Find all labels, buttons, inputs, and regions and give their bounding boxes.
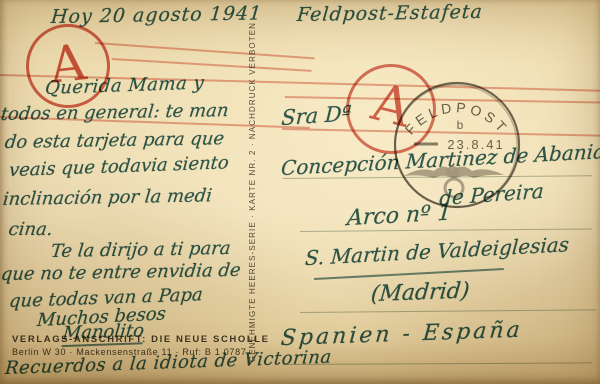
publisher-line1: VERLAGS-ANSCHRIFT: DIE NEUE SCHOLLE (12, 334, 270, 345)
address-line: S. Martin de Valdeiglesias (304, 232, 570, 270)
message-line: veais que todavia siento (8, 152, 229, 181)
postcard-scan: GENEHMIGTE HEERES-SERIE · KARTE NR. 2 · … (0, 0, 600, 384)
message-line: que no te entre envidia de (0, 260, 242, 285)
message-line: inclinación por la medi (2, 185, 213, 210)
vertical-imprint-text: GENEHMIGTE HEERES-SERIE · KARTE NR. 2 · … (248, 0, 262, 384)
message-line: do esta tarjeta para que (4, 128, 225, 153)
address-underline (314, 268, 504, 280)
address-line: Sra Dª (281, 101, 353, 130)
message-line: Te la dirijo a ti para (50, 238, 232, 262)
message-line: cina. (7, 219, 53, 240)
address-line: Spanien - España (280, 318, 524, 352)
message-line: todos en general: te man (0, 100, 230, 125)
address-ruling-line (300, 228, 592, 232)
address-line: (Madrid) (370, 279, 471, 308)
feldpost-header: Feldpost-Estafeta (296, 1, 484, 26)
postmark-code: b (457, 118, 464, 132)
date-line: Hoy 20 agosto 1941 (50, 2, 263, 28)
address-line: Arco nº 1 (346, 201, 452, 232)
message-line: Querida Mama y (44, 72, 205, 99)
red-ruling-line (95, 42, 315, 59)
red-ruling-line (112, 58, 312, 71)
address-ruling-line (300, 309, 596, 313)
